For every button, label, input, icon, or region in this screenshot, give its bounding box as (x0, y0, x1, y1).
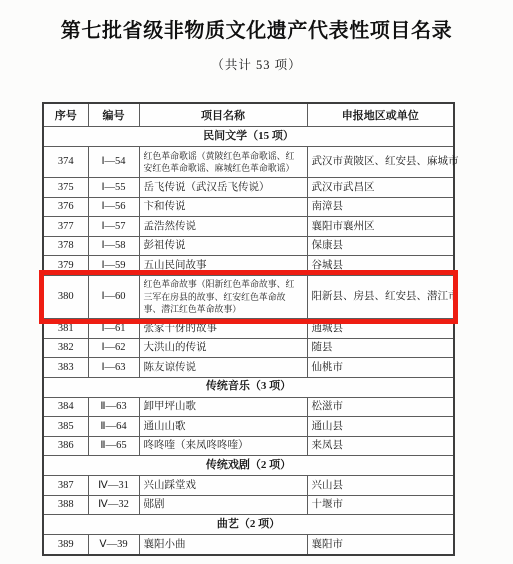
declaring-unit: 随县 (307, 338, 454, 358)
project-name: 红色革命歌谣（黄陂红色革命歌谣、红安红色革命歌谣、麻城红色革命歌谣） (139, 147, 307, 178)
item-code: Ⅰ—56 (88, 197, 139, 217)
section-row: 传统音乐（3 项） (43, 377, 454, 397)
declaring-unit: 保康县 (307, 236, 454, 256)
table-row: 381Ⅰ—61张家十伢的故事通城县 (43, 319, 454, 339)
table-row: 374Ⅰ—54红色革命歌谣（黄陂红色革命歌谣、红安红色革命歌谣、麻城红色革命歌谣… (43, 147, 454, 178)
serial-number: 384 (43, 397, 88, 417)
project-name: 张家十伢的故事 (139, 319, 307, 339)
item-code: Ⅰ—54 (88, 147, 139, 178)
item-code: Ⅱ—65 (88, 436, 139, 456)
item-code: Ⅰ—61 (88, 319, 139, 339)
serial-number: 383 (43, 358, 88, 378)
declaring-unit: 仙桃市 (307, 358, 454, 378)
declaring-unit: 松滋市 (307, 397, 454, 417)
item-code: Ⅱ—63 (88, 397, 139, 417)
declaring-unit: 谷城县 (307, 256, 454, 276)
table-row: 379Ⅰ—59五山民间故事谷城县 (43, 256, 454, 276)
project-name: 郧剧 (139, 495, 307, 515)
item-code: Ⅱ—64 (88, 417, 139, 437)
section-row: 曲艺（2 项） (43, 515, 454, 535)
declaring-unit: 来凤县 (307, 436, 454, 456)
project-name: 卸甲坪山歌 (139, 397, 307, 417)
table-row: 388Ⅳ—32郧剧十堰市 (43, 495, 454, 515)
declaring-unit: 通山县 (307, 417, 454, 437)
table-row: 376Ⅰ—56卞和传说南漳县 (43, 197, 454, 217)
document-page: 第七批省级非物质文化遗产代表性项目名录 （共计 53 项） 序号 编号 项目名称… (0, 14, 513, 556)
serial-number: 376 (43, 197, 88, 217)
item-code: Ⅰ—59 (88, 256, 139, 276)
page-subtitle: （共计 53 项） (0, 55, 513, 73)
project-name: 五山民间故事 (139, 256, 307, 276)
item-code: Ⅰ—60 (88, 275, 139, 319)
table-row: 380Ⅰ—60红色革命故事（阳新红色革命故事、红三军在房县的故事、红安红色革命故… (43, 275, 454, 319)
page-title: 第七批省级非物质文化遗产代表性项目名录 (6, 14, 507, 43)
section-label: 民间文学（15 项） (43, 127, 454, 147)
project-name: 大洪山的传说 (139, 338, 307, 358)
project-name: 卞和传说 (139, 197, 307, 217)
item-code: Ⅰ—58 (88, 236, 139, 256)
section-label: 传统音乐（3 项） (43, 377, 454, 397)
item-code: Ⅰ—55 (88, 178, 139, 198)
project-name: 兴山踩堂戏 (139, 476, 307, 496)
heritage-table: 序号 编号 项目名称 申报地区或单位 民间文学（15 项）374Ⅰ—54红色革命… (42, 102, 455, 556)
project-name: 红色革命故事（阳新红色革命故事、红三军在房县的故事、红安红色革命故事、潜江红色革… (139, 275, 307, 319)
serial-number: 385 (43, 417, 88, 437)
table-row: 375Ⅰ—55岳飞传说（武汉岳飞传说）武汉市武昌区 (43, 178, 454, 198)
declaring-unit: 武汉市黄陂区、红安县、麻城市 (307, 147, 454, 178)
declaring-unit: 十堰市 (307, 495, 454, 515)
item-code: Ⅰ—62 (88, 338, 139, 358)
col-header-code: 编号 (88, 103, 139, 127)
table-row: 387Ⅳ—31兴山踩堂戏兴山县 (43, 476, 454, 496)
table-row: 382Ⅰ—62大洪山的传说随县 (43, 338, 454, 358)
project-name: 岳飞传说（武汉岳飞传说） (139, 178, 307, 198)
table-row: 377Ⅰ—57孟浩然传说襄阳市襄州区 (43, 217, 454, 237)
serial-number: 388 (43, 495, 88, 515)
section-label: 传统戏剧（2 项） (43, 456, 454, 476)
serial-number: 381 (43, 319, 88, 339)
serial-number: 375 (43, 178, 88, 198)
section-row: 传统戏剧（2 项） (43, 456, 454, 476)
serial-number: 389 (43, 535, 88, 555)
item-code: Ⅰ—57 (88, 217, 139, 237)
declaring-unit: 武汉市武昌区 (307, 178, 454, 198)
table-row: 389Ⅴ—39襄阳小曲襄阳市 (43, 535, 454, 555)
serial-number: 382 (43, 338, 88, 358)
declaring-unit: 兴山县 (307, 476, 454, 496)
section-row: 民间文学（15 项） (43, 127, 454, 147)
item-code: Ⅳ—31 (88, 476, 139, 496)
serial-number: 386 (43, 436, 88, 456)
serial-number: 374 (43, 147, 88, 178)
table-row: 385Ⅱ—64通山山歌通山县 (43, 417, 454, 437)
table-row: 384Ⅱ—63卸甲坪山歌松滋市 (43, 397, 454, 417)
item-code: Ⅰ—63 (88, 358, 139, 378)
col-header-declaring-unit: 申报地区或单位 (307, 103, 454, 127)
table-row: 378Ⅰ—58彭祖传说保康县 (43, 236, 454, 256)
item-code: Ⅴ—39 (88, 535, 139, 555)
table-row: 386Ⅱ—65咚咚喹（来凤咚咚喹）来凤县 (43, 436, 454, 456)
declaring-unit: 阳新县、房县、红安县、潜江市 (307, 275, 454, 319)
table-header-row: 序号 编号 项目名称 申报地区或单位 (43, 103, 454, 127)
item-code: Ⅳ—32 (88, 495, 139, 515)
declaring-unit: 通城县 (307, 319, 454, 339)
project-name: 通山山歌 (139, 417, 307, 437)
project-name: 孟浩然传说 (139, 217, 307, 237)
section-label: 曲艺（2 项） (43, 515, 454, 535)
project-name: 咚咚喹（来凤咚咚喹） (139, 436, 307, 456)
project-name: 陈友谅传说 (139, 358, 307, 378)
declaring-unit: 襄阳市襄州区 (307, 217, 454, 237)
serial-number: 387 (43, 476, 88, 496)
serial-number: 380 (43, 275, 88, 319)
declaring-unit: 襄阳市 (307, 535, 454, 555)
serial-number: 378 (43, 236, 88, 256)
col-header-project-name: 项目名称 (139, 103, 307, 127)
serial-number: 377 (43, 217, 88, 237)
project-name: 彭祖传说 (139, 236, 307, 256)
col-header-serial: 序号 (43, 103, 88, 127)
declaring-unit: 南漳县 (307, 197, 454, 217)
table-row: 383Ⅰ—63陈友谅传说仙桃市 (43, 358, 454, 378)
project-name: 襄阳小曲 (139, 535, 307, 555)
serial-number: 379 (43, 256, 88, 276)
